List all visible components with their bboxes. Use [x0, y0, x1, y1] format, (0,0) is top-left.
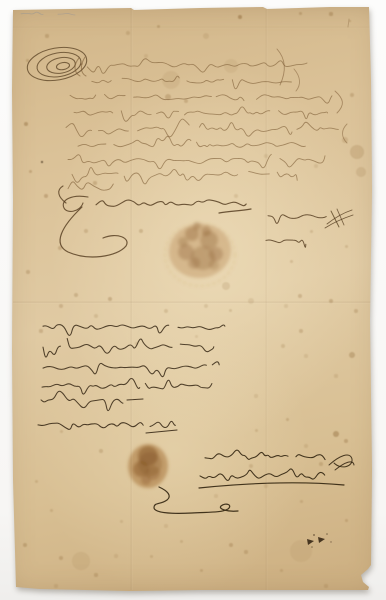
script-line-sig1-title-cassier [266, 240, 306, 247]
flourish-sig2-paraph-knot-a [329, 455, 352, 467]
upper-seal-stain-faded [165, 221, 235, 286]
script-line-dateline2-year-1818 [150, 421, 175, 427]
flourish-sig1-paraph-d [337, 209, 344, 225]
flourish-para2-em-dash [127, 399, 143, 400]
pen-dot-2 [326, 533, 328, 535]
script-line-para2-line5 [41, 391, 123, 410]
scanned-document-photo: [faint pencil shelfmark, illegible] [Eig… [0, 0, 386, 600]
flourish-dateline1-initial-loop [63, 196, 88, 211]
script-line-para1-line5 [66, 119, 338, 137]
flourish-sig1-paraph-c [331, 211, 339, 227]
flourish-sig2-underline [199, 483, 344, 488]
flourish-stray-ink-mark-top-right [348, 19, 349, 27]
pen-tick-1 [307, 539, 314, 545]
script-line-para1-line9-bestaettigt [68, 182, 118, 190]
script-line-para2-line4 [42, 378, 212, 394]
flourish-dateline1-descender-swash [60, 207, 127, 257]
lower-seal-stain [127, 443, 169, 489]
pen-dot-4 [330, 541, 331, 542]
script-line-sig2-line2-major [200, 469, 325, 480]
flourish-para1-bracket-2 [294, 69, 300, 91]
script-line-pencil-note-b [58, 13, 75, 15]
script-line-para2-line3 [43, 362, 219, 377]
handwriting-ink-layer [0, 0, 386, 600]
script-line-para2-line2 [43, 339, 214, 358]
flourish-para1-bracket-4 [343, 124, 348, 143]
script-line-sig1-name [268, 215, 326, 224]
flourish-sig2-long-swash [154, 487, 238, 513]
script-line-sig2-line1 [205, 450, 325, 459]
wax-seal-stains [127, 221, 235, 489]
script-line-para1-line2 [92, 76, 292, 89]
script-line-dateline2 [38, 423, 143, 430]
script-line-para1-line1 [80, 59, 307, 74]
pen-dot-3 [311, 546, 313, 548]
script-line-para2-line1 [43, 325, 225, 336]
flourish-para1-bracket-3 [335, 91, 342, 113]
script-line-para1-line3 [70, 94, 332, 103]
document-paper [0, 0, 386, 600]
flourish-dateline2-underline-1818 [146, 430, 177, 433]
flourish-dateline1-underline-1809 [219, 209, 251, 213]
script-line-para1-line4 [74, 107, 328, 121]
script-line-para1-line7 [68, 154, 325, 168]
spiral-paraph [25, 43, 90, 85]
pen-tick-2 [318, 537, 325, 543]
script-line-pencil-note-a [21, 12, 43, 14]
script-line-para1-line8 [72, 168, 297, 184]
flourish-para1-bracket-1 [277, 49, 284, 85]
pen-dot-1 [313, 534, 315, 536]
pen-strokes [21, 12, 354, 548]
script-line-dateline1 [96, 200, 246, 206]
paper-shadow-wrap [0, 0, 386, 600]
script-line-para1-line6 [78, 136, 305, 147]
